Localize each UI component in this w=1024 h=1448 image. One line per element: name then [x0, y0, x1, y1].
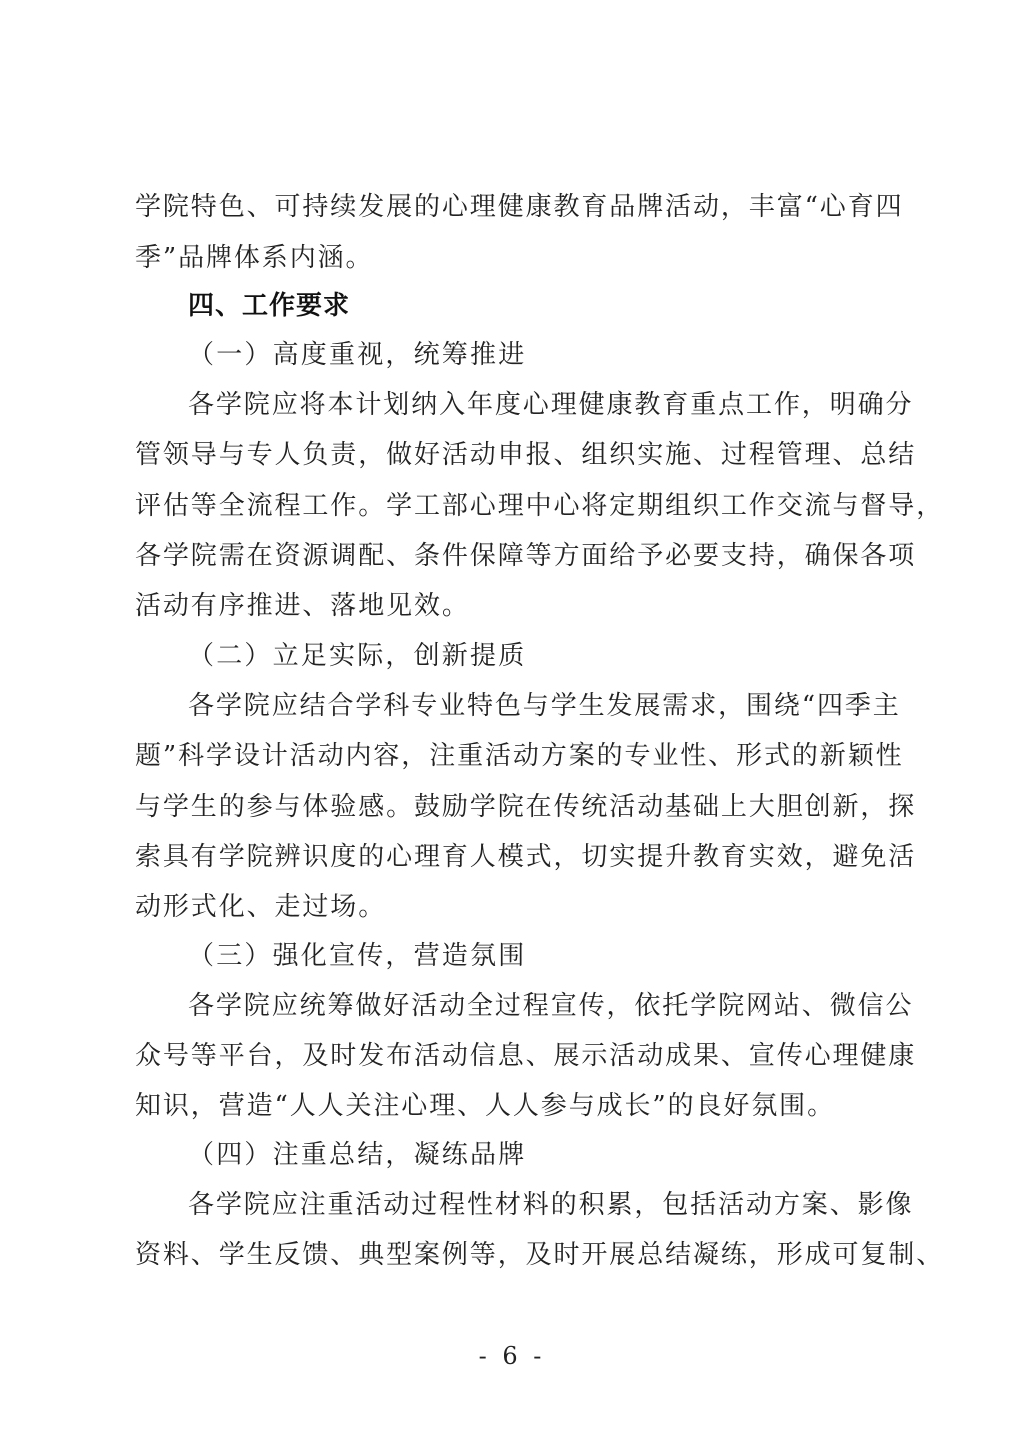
- paragraph-line: 知识，营造“人人关注心理、人人参与成长”的良好氛围。: [135, 1090, 915, 1122]
- paragraph-continuation-line: 季”品牌体系内涵。: [135, 242, 915, 274]
- paragraph-line: 活动有序推进、落地见效。: [135, 590, 915, 622]
- paragraph-continuation-line: 学院特色、可持续发展的心理健康教育品牌活动，丰富“心育四: [135, 191, 915, 223]
- subsection-title: （三）强化宣传，营造氛围: [188, 940, 968, 972]
- subsection-title: （四）注重总结，凝练品牌: [188, 1139, 968, 1171]
- paragraph-line: 各学院应统筹做好活动全过程宣传，依托学院网站、微信公: [188, 990, 968, 1022]
- paragraph-line: 各学院应将本计划纳入年度心理健康教育重点工作，明确分: [188, 389, 968, 421]
- paragraph-line: 评估等全流程工作。学工部心理中心将定期组织工作交流与督导，: [135, 490, 915, 522]
- paragraph-line: 与学生的参与体验感。鼓励学院在传统活动基础上大胆创新，探: [135, 791, 915, 823]
- paragraph-line: 资料、学生反馈、典型案例等，及时开展总结凝练，形成可复制、: [135, 1239, 915, 1271]
- paragraph-line: 管领导与专人负责，做好活动申报、组织实施、过程管理、总结: [135, 439, 915, 471]
- paragraph-line: 各学院需在资源调配、条件保障等方面给予必要支持，确保各项: [135, 540, 915, 572]
- page-number: - 6 -: [0, 1342, 1024, 1370]
- section-heading: 四、工作要求: [188, 290, 968, 322]
- paragraph-line: 题”科学设计活动内容，注重活动方案的专业性、形式的新颖性: [135, 740, 915, 772]
- subsection-title: （一）高度重视，统筹推进: [188, 339, 968, 371]
- paragraph-line: 各学院应结合学科专业特色与学生发展需求，围绕“四季主: [188, 690, 968, 722]
- paragraph-line: 动形式化、走过场。: [135, 891, 915, 923]
- subsection-title: （二）立足实际，创新提质: [188, 640, 968, 672]
- document-page: 学院特色、可持续发展的心理健康教育品牌活动，丰富“心育四 季”品牌体系内涵。 四…: [0, 0, 1024, 1448]
- paragraph-line: 众号等平台，及时发布活动信息、展示活动成果、宣传心理健康: [135, 1040, 915, 1072]
- paragraph-line: 索具有学院辨识度的心理育人模式，切实提升教育实效，避免活: [135, 841, 915, 873]
- paragraph-line: 各学院应注重活动过程性材料的积累，包括活动方案、影像: [188, 1189, 968, 1221]
